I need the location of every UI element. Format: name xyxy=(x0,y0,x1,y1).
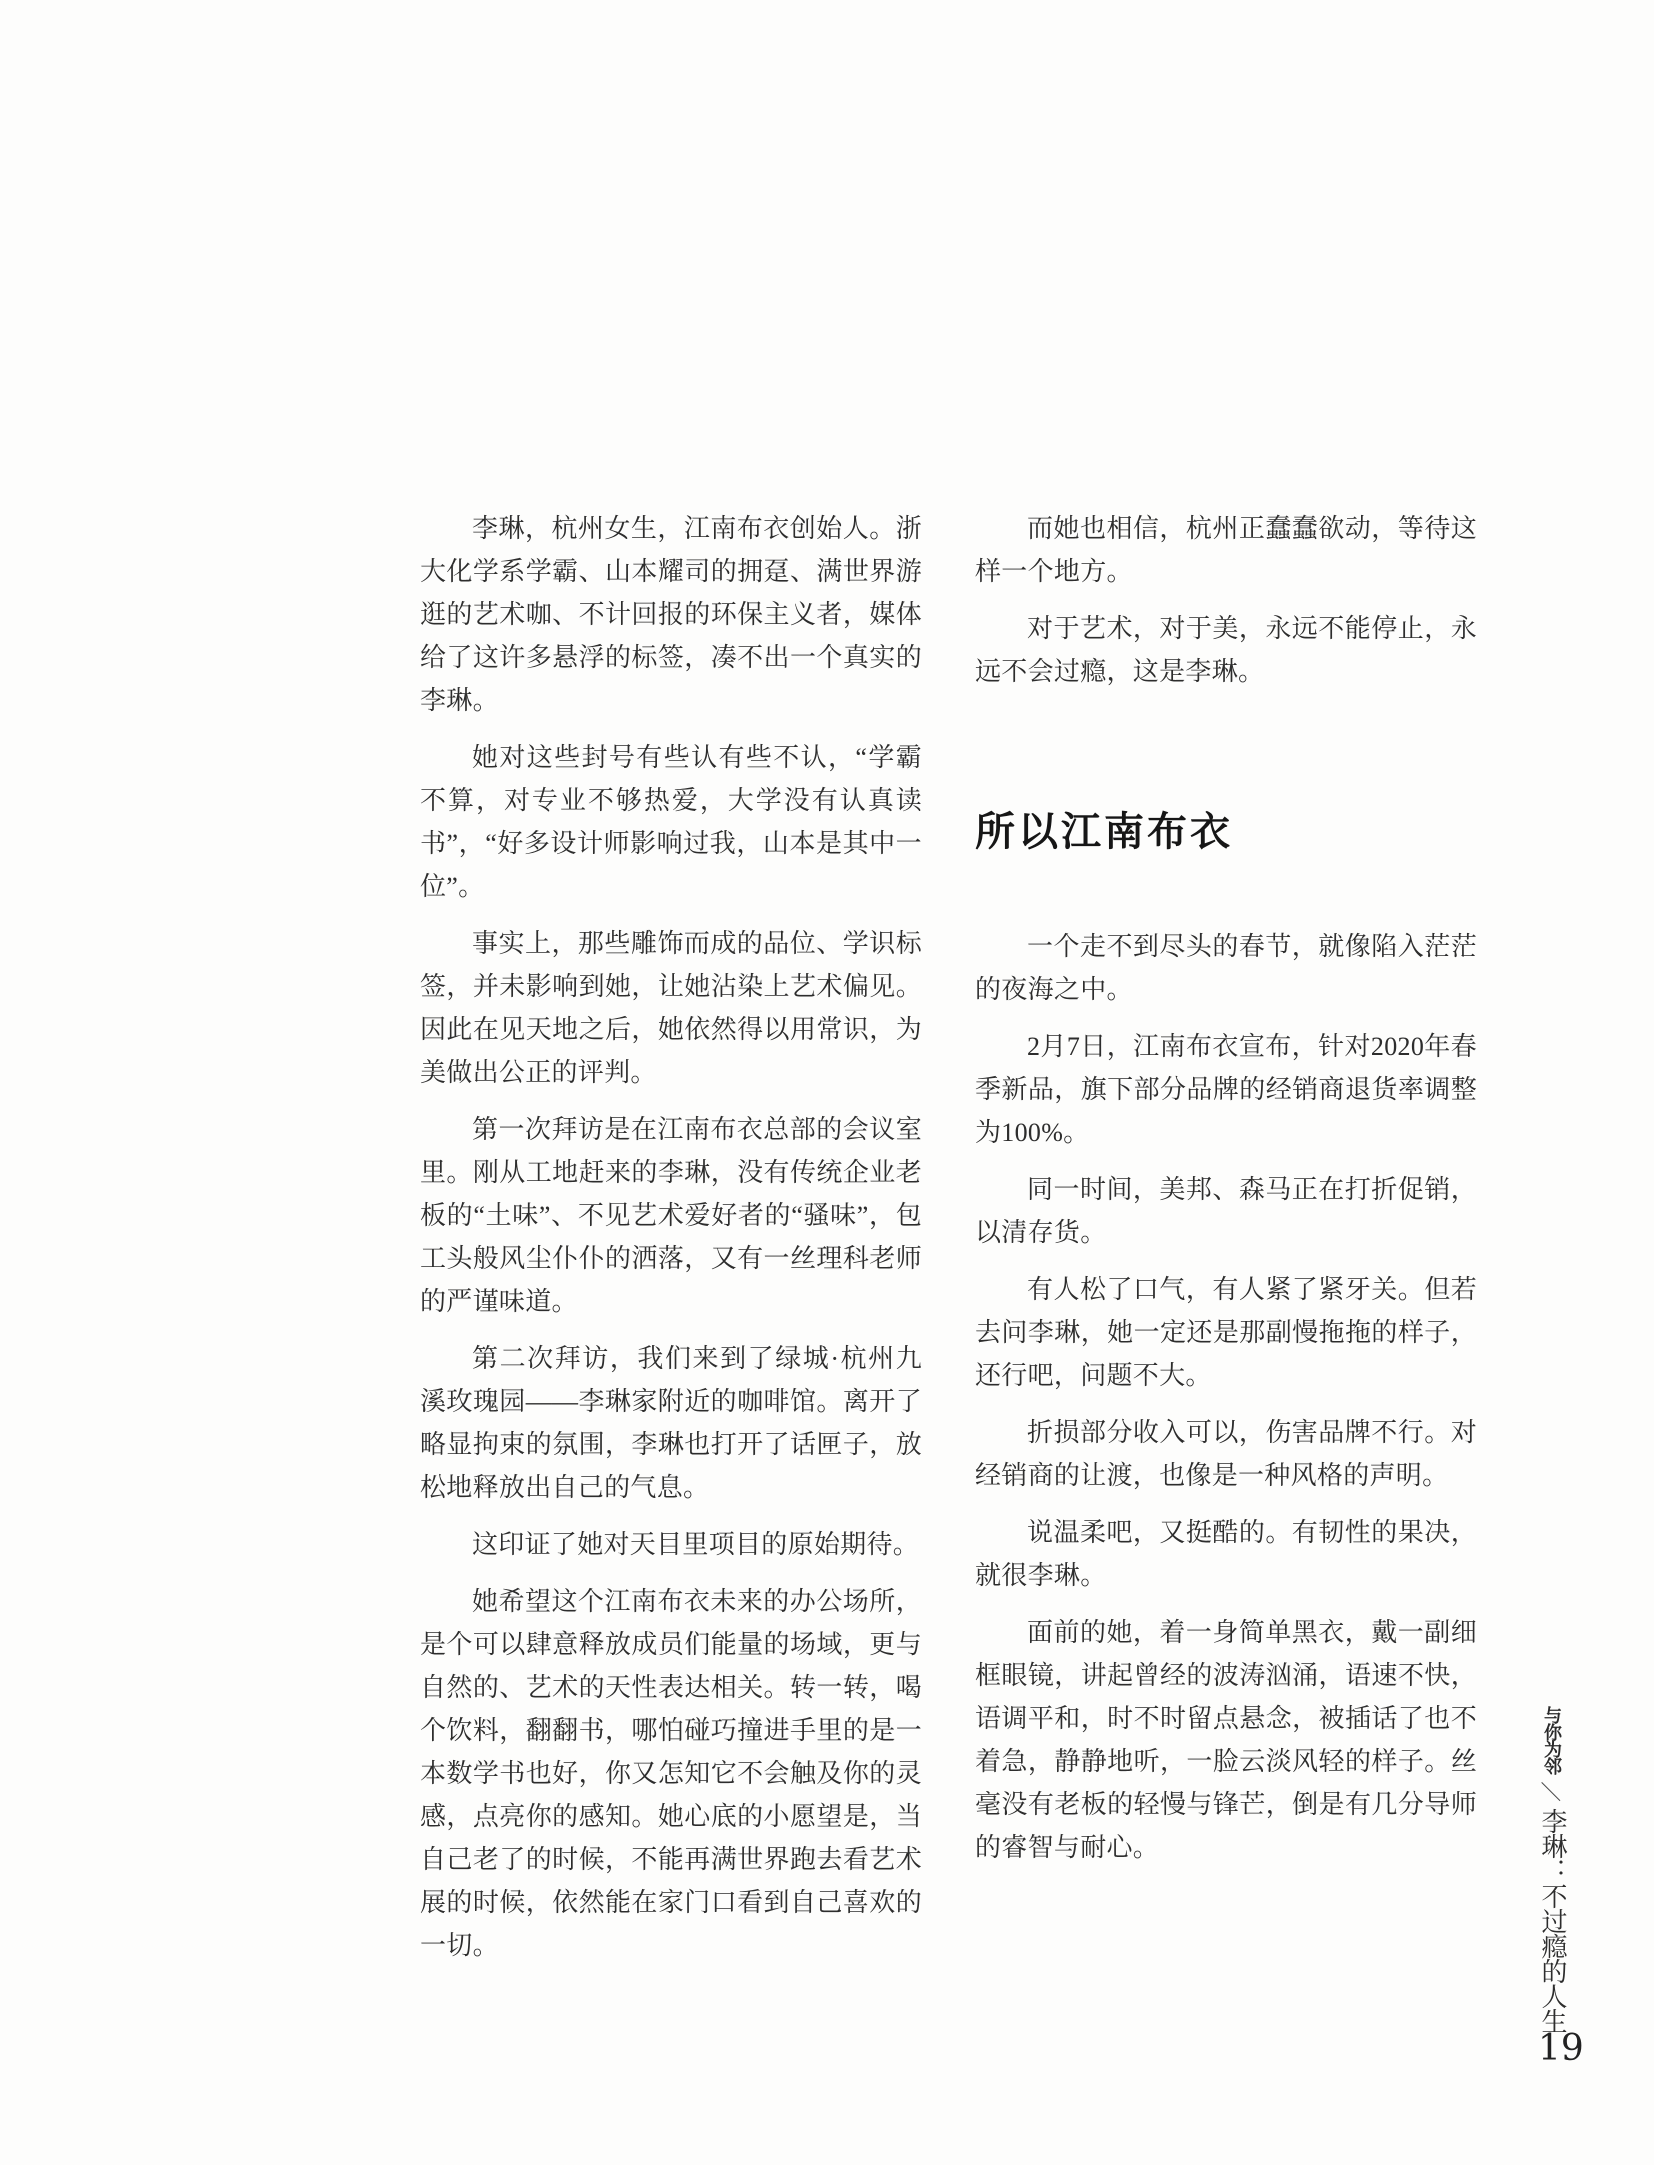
paragraph: 她对这些封号有些认有些不认，“学霸不算，对专业不够热爱，大学没有认真读书”，“好… xyxy=(420,736,922,908)
paragraph: 而她也相信，杭州正蠢蠢欲动，等待这样一个地方。 xyxy=(975,507,1477,593)
magazine-page: 李琳，杭州女生，江南布衣创始人。浙大化学系学霸、山本耀司的拥趸、满世界游逛的艺术… xyxy=(0,0,1654,2165)
paragraph: 这印证了她对天目里项目的原始期待。 xyxy=(420,1523,922,1566)
paragraph: 有人松了口气，有人紧了紧牙关。但若去问李琳，她一定还是那副慢拖拖的样子，还行吧，… xyxy=(975,1268,1477,1397)
paragraph: 说温柔吧，又挺酷的。有韧性的果决，就很李琳。 xyxy=(975,1511,1477,1597)
paragraph: 面前的她，着一身简单黑衣，戴一副细框眼镜，讲起曾经的波涛汹涌，语速不快，语调平和… xyxy=(975,1611,1477,1869)
paragraph: 第二次拜访，我们来到了绿城·杭州九溪玫瑰园——李琳家附近的咖啡馆。离开了略显拘束… xyxy=(420,1337,922,1509)
page-edge-sidebar: 与你为邻李琳：不过瘾的人生 xyxy=(1537,1706,1571,2046)
paragraph: 2月7日，江南布衣宣布，针对2020年春季新品，旗下部分品牌的经销商退货率调整为… xyxy=(975,1025,1477,1154)
paragraph: 同一时间，美邦、森马正在打折促销，以清存货。 xyxy=(975,1168,1477,1254)
right-text-column: 而她也相信，杭州正蠢蠢欲动，等待这样一个地方。 对于艺术，对于美，永远不能停止，… xyxy=(975,507,1477,1883)
section-heading: 所以江南布衣 xyxy=(975,808,1477,856)
separator-slash-icon xyxy=(1539,1779,1565,1805)
paragraph: 对于艺术，对于美，永远不能停止，永远不会过瘾，这是李琳。 xyxy=(975,607,1477,693)
paragraph: 第一次拜访是在江南布衣总部的会议室里。刚从工地赶来的李琳，没有传统企业老板的“土… xyxy=(420,1108,922,1323)
page-number: 19 xyxy=(1538,2028,1584,2069)
sidebar-article-title: 李琳：不过瘾的人生 xyxy=(1538,1808,1567,2033)
left-text-column: 李琳，杭州女生，江南布衣创始人。浙大化学系学霸、山本耀司的拥趸、满世界游逛的艺术… xyxy=(420,507,922,1981)
paragraph: 折损部分收入可以，伤害品牌不行。对经销商的让渡，也像是一种风格的声明。 xyxy=(975,1411,1477,1497)
series-label: 与你为邻 xyxy=(1542,1706,1562,1774)
paragraph: 事实上，那些雕饰而成的品位、学识标签，并未影响到她，让她沾染上艺术偏见。因此在见… xyxy=(420,922,922,1094)
paragraph: 一个走不到尽头的春节，就像陷入茫茫的夜海之中。 xyxy=(975,925,1477,1011)
paragraph: 李琳，杭州女生，江南布衣创始人。浙大化学系学霸、山本耀司的拥趸、满世界游逛的艺术… xyxy=(420,507,922,722)
paragraph: 她希望这个江南布衣未来的办公场所，是个可以肆意释放成员们能量的场域，更与自然的、… xyxy=(420,1580,922,1967)
